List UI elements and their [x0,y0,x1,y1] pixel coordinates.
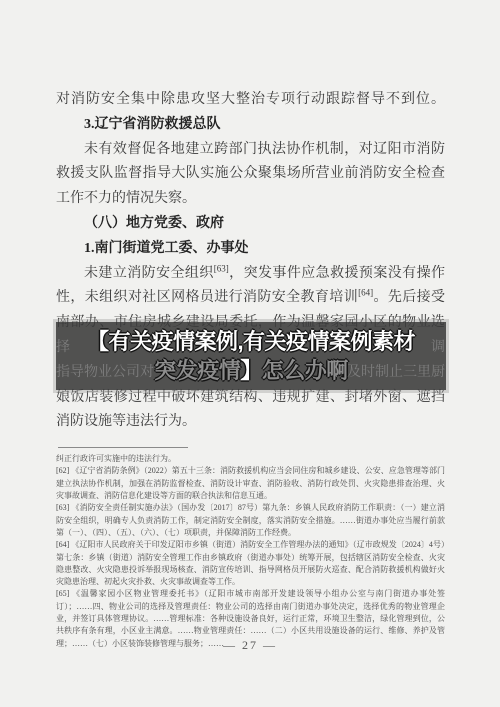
body-text-segment: 性，未组织对社区网格员进行消防安全教育培训 [56,290,358,305]
footnote-ref-64: [64] [358,288,373,298]
heading-liaoning-zongdui: 3.辽宁省消防救援总队 [56,113,445,138]
watermark-text-left: 突发疫情 [154,358,240,383]
footnote-continuation: 纠正行政许可实施中的违法行为。 [56,453,445,465]
page-number: — 27 — [0,638,500,653]
obscured-text-left: 指导物业公司对 [56,361,154,386]
overlay-title-line1: 【有关疫情案例,有关疫情案例素材 [87,327,415,356]
footnote-ref-63: [63] [214,263,229,273]
body-line: 性，未组织对社区网格员进行消防安全教育培训[64]。先后接受 [56,286,445,311]
footnote-63: [63] 《消防安全责任制实施办法》（国办发〔2017〕87号）第九条：乡镇人民… [56,502,445,539]
body-text-segment: 未建立消防安全组织 [84,266,214,281]
obscured-text-left: 择 [56,336,70,361]
footnote-separator [58,447,188,448]
body-line: 工作不力的情况失察。 [56,187,445,212]
body-text-segment: ，突发事件应急救援预案没有操作 [229,266,445,281]
body-line: 未建立消防安全组织[63]，突发事件应急救援预案没有操作 [56,262,445,287]
heading-nanmen-jiedao: 1.南门街道党工委、办事处 [56,237,445,262]
obscured-text-right: 、及时制止三里厨 [333,361,445,386]
footnotes-section: 纠正行政许可实施中的违法行为。 [62] 《辽宁省消防条例》（2022）第五十三… [56,447,445,650]
body-line: 未有效督促各地建立跨部门执法协作机制，对辽阳市消防 [56,138,445,163]
body-line: 消防设施等违法行为。 [56,410,445,435]
overlay-title-line2: 突发疫情】怎么办啊 [154,356,348,385]
footnote-64: [64] 《辽阳市人民政府关于印发辽阳市乡镇（街道）消防安全工作管理办法的通知》… [56,539,445,588]
body-text-segment: 。先后接受 [373,290,445,305]
document-page: 对消防安全集中除患攻坚大整治专项行动跟踪督导不到位。 3.辽宁省消防救援总队 未… [0,0,500,707]
overlay-closing-bracket: 】 [240,358,262,383]
body-line: 救援支队监督指导大队实施公众聚集场所营业前消防安全检查 [56,162,445,187]
footnote-62: [62] 《辽宁省消防条例》（2022）第五十三条：消防救援机构应当会同住房和城… [56,465,445,502]
heading-section-8: （八）地方党委、政府 [56,212,445,237]
obscured-text-right: 调 [431,336,445,361]
body-line: 对消防安全集中除患攻坚大整治专项行动跟踪督导不到位。 [56,88,445,113]
